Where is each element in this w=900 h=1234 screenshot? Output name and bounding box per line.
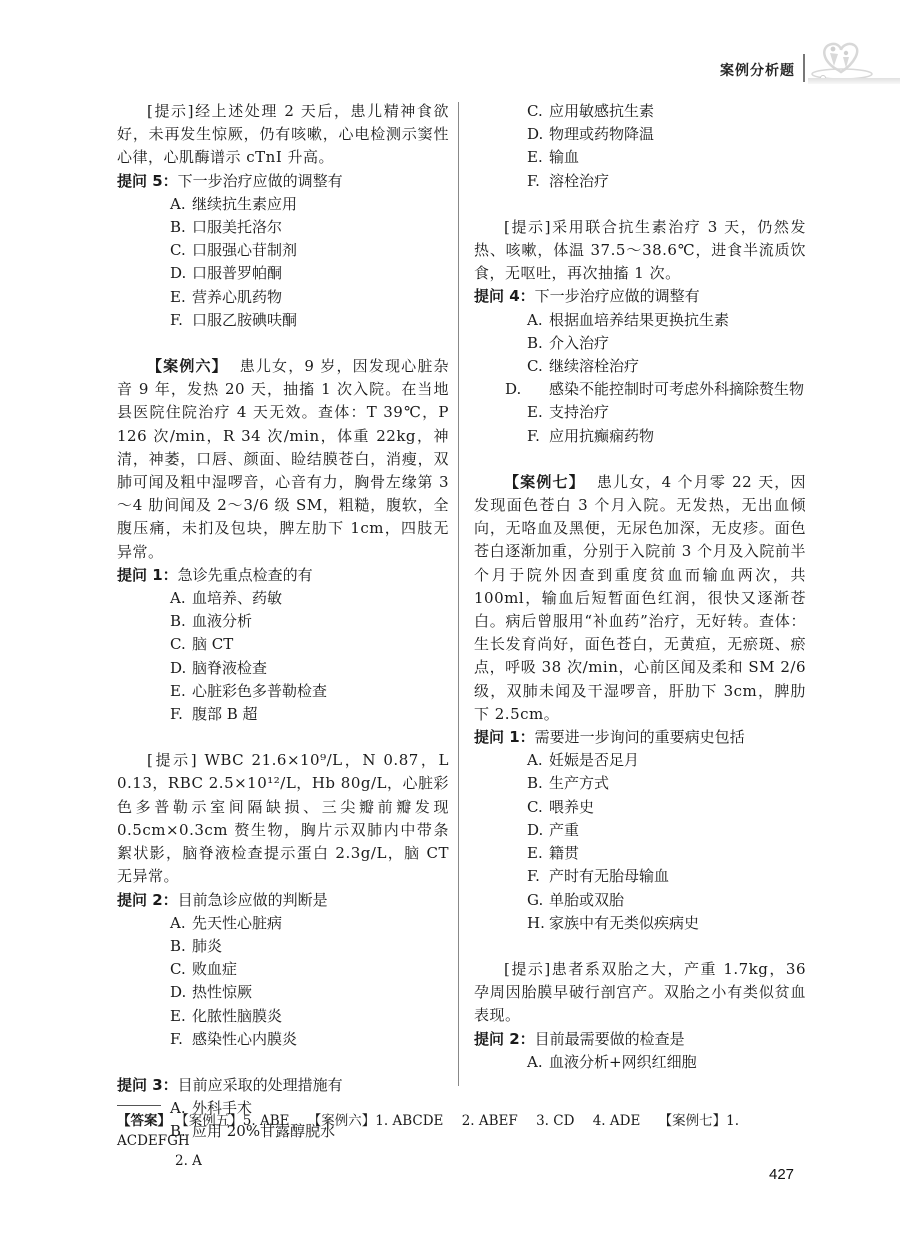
footnote-rule [117, 1105, 161, 1106]
option-text: 脑 CT [192, 635, 233, 653]
option-text: 热性惊厥 [192, 983, 252, 1001]
option-item: C.应用敏感抗生素 [474, 100, 806, 123]
option-item: C.喂养史 [474, 796, 806, 819]
option-letter: A. [170, 912, 192, 935]
option-text: 血液分析+网织红细胞 [549, 1053, 697, 1071]
question-text: 急诊先重点检查的有 [178, 566, 313, 584]
option-text: 介入治疗 [549, 334, 609, 352]
option-item: E.支持治疗 [474, 401, 806, 424]
column-divider [458, 102, 459, 1086]
option-item: F.口服乙胺碘呋酮 [117, 309, 449, 332]
option-text: 溶栓治疗 [549, 172, 609, 190]
option-letter: F. [527, 170, 549, 193]
option-item: F.感染性心内膜炎 [117, 1028, 449, 1051]
option-text: 口服美托洛尔 [192, 218, 282, 236]
option-text: 营养心肌药物 [192, 288, 282, 306]
option-letter: A. [527, 749, 549, 772]
option-text: 口服强心苷制剂 [192, 241, 297, 259]
header-divider [803, 54, 805, 82]
question-label: 提问 2： [117, 891, 178, 909]
option-letter: C. [170, 239, 192, 262]
option-letter: H. [527, 912, 549, 935]
option-letter: E. [527, 146, 549, 169]
option-item: E.营养心肌药物 [117, 286, 449, 309]
option-item: B.口服美托洛尔 [117, 216, 449, 239]
option-text: 腹部 B 超 [192, 705, 258, 723]
question-label: 提问 5： [117, 172, 178, 190]
option-text: 籍贯 [549, 844, 579, 862]
option-text: 妊娠是否足月 [549, 751, 639, 769]
answer-line-2: 2. A [117, 1151, 817, 1171]
question-text: 目前应采取的处理措施有 [178, 1076, 343, 1094]
option-text: 输血 [549, 148, 579, 166]
option-letter: F. [527, 425, 549, 448]
option-text: 产时有无胎母输血 [549, 867, 669, 885]
option-letter: B. [170, 610, 192, 633]
question-1: 提问 1：急诊先重点检查的有 [117, 564, 449, 587]
option-item: C.败血症 [117, 958, 449, 981]
header-rule [808, 78, 900, 84]
option-text: 应用敏感抗生素 [549, 102, 654, 120]
options-list: A.先天性心脏病 B.肺炎 C.败血症 D.热性惊厥 E.化脓性脑膜炎 F.感染… [117, 912, 449, 1051]
option-text: 继续溶栓治疗 [549, 357, 639, 375]
question-label: 提问 1： [474, 728, 535, 746]
option-letter: D. [527, 123, 549, 146]
option-letter: C. [527, 355, 549, 378]
option-text: 化脓性脑膜炎 [192, 1007, 282, 1025]
option-letter: F. [170, 1028, 192, 1051]
hint-paragraph: [提示]经上述处理 2 天后，患儿精神食欲好，未再发生惊厥，仍有咳嗽，心电检测示… [117, 100, 449, 170]
option-item: A.继续抗生素应用 [117, 193, 449, 216]
options-list: A.妊娠是否足月 B.生产方式 C.喂养史 D.产重 E.籍贯 F.产时有无胎母… [474, 749, 806, 935]
option-item: A.血培养、药敏 [117, 587, 449, 610]
option-text: 继续抗生素应用 [192, 195, 297, 213]
option-letter: F. [170, 703, 192, 726]
option-text: 脑脊液检查 [192, 659, 267, 677]
question-label: 提问 3： [117, 1076, 178, 1094]
option-item: C.脑 CT [117, 633, 449, 656]
option-letter: C. [170, 958, 192, 981]
option-item: G.单胎或双胎 [474, 889, 806, 912]
option-item: B.介入治疗 [474, 332, 806, 355]
option-letter: A. [170, 193, 192, 216]
question-text: 下一步治疗应做的调整有 [535, 287, 700, 305]
option-text: 血液分析 [192, 612, 252, 630]
section-title: 案例分析题 [720, 60, 795, 80]
option-item: D.感染不能控制时可考虑外科摘除赘生物 [474, 378, 806, 401]
option-letter: B. [527, 332, 549, 355]
option-letter: F. [527, 865, 549, 888]
option-letter: B. [527, 772, 549, 795]
option-text: 喂养史 [549, 798, 594, 816]
option-letter: D. [170, 657, 192, 680]
left-column: [提示]经上述处理 2 天后，患儿精神食欲好，未再发生惊厥，仍有咳嗽，心电检测示… [117, 100, 449, 1144]
option-letter: E. [170, 1005, 192, 1028]
option-text: 先天性心脏病 [192, 914, 282, 932]
option-item: F.应用抗癫痫药物 [474, 425, 806, 448]
answer-line-1: 【答案】 【案例五】5. ABE 【案例六】1. ABCDE 2. ABEF 3… [117, 1111, 817, 1151]
option-text: 物理或药物降温 [549, 125, 654, 143]
options-list: A.血液分析+网织红细胞 [474, 1051, 806, 1074]
question-2: 提问 2：目前最需要做的检查是 [474, 1028, 806, 1051]
option-item: E.籍贯 [474, 842, 806, 865]
answer-item: 【案例六】1. ABCDE [308, 1113, 444, 1129]
option-letter: C. [527, 796, 549, 819]
question-4: 提问 4：下一步治疗应做的调整有 [474, 285, 806, 308]
option-item: D.脑脊液检查 [117, 657, 449, 680]
option-item: F.产时有无胎母输血 [474, 865, 806, 888]
option-letter: B. [170, 935, 192, 958]
case-title: 【案例六】 [147, 357, 228, 375]
option-item: F.溶栓治疗 [474, 170, 806, 193]
option-item: A.血液分析+网织红细胞 [474, 1051, 806, 1074]
question-label: 提问 4： [474, 287, 535, 305]
options-list: C.应用敏感抗生素 D.物理或药物降温 E.输血 F.溶栓治疗 [474, 100, 806, 193]
answer-item: 4. ADE [593, 1113, 641, 1129]
option-letter: E. [527, 842, 549, 865]
option-item: H.家族中有无类似疾病史 [474, 912, 806, 935]
option-text: 肺炎 [192, 937, 222, 955]
answer-item: 2. ABEF [462, 1113, 518, 1129]
option-text: 应用抗癫痫药物 [549, 427, 654, 445]
answer-item: 3. CD [536, 1113, 574, 1129]
option-item: C.口服强心苷制剂 [117, 239, 449, 262]
question-5: 提问 5：下一步治疗应做的调整有 [117, 170, 449, 193]
option-letter: G. [527, 889, 549, 912]
option-item: D.产重 [474, 819, 806, 842]
option-item: B.生产方式 [474, 772, 806, 795]
option-letter: A. [527, 1051, 549, 1074]
option-text: 产重 [549, 821, 579, 839]
page-number: 427 [769, 1166, 794, 1183]
option-item: E.心脏彩色多普勒检查 [117, 680, 449, 703]
option-text: 支持治疗 [549, 403, 609, 421]
answer-key: 【答案】 【案例五】5. ABE 【案例六】1. ABCDE 2. ABEF 3… [117, 1111, 817, 1171]
option-letter: C. [527, 100, 549, 123]
option-text: 根据血培养结果更换抗生素 [549, 311, 729, 329]
question-label: 提问 1： [117, 566, 178, 584]
answer-item: 【案例五】5. ABE [175, 1113, 289, 1129]
option-item: D.物理或药物降温 [474, 123, 806, 146]
option-text: 口服乙胺碘呋酮 [192, 311, 297, 329]
case-six-paragraph: 【案例六】 患儿女，9 岁，因发现心脏杂音 9 年，发热 20 天，抽搐 1 次… [117, 355, 449, 564]
option-letter: E. [170, 680, 192, 703]
case-title: 【案例七】 [504, 473, 585, 491]
option-letter: D. [170, 262, 192, 285]
option-letter: C. [170, 633, 192, 656]
option-item: D.口服普罗帕酮 [117, 262, 449, 285]
option-item: F.腹部 B 超 [117, 703, 449, 726]
option-item: D.热性惊厥 [117, 981, 449, 1004]
right-column: C.应用敏感抗生素 D.物理或药物降温 E.输血 F.溶栓治疗 [提示]采用联合… [474, 100, 806, 1074]
option-item: B.血液分析 [117, 610, 449, 633]
hint-paragraph: [提示]患者系双胎之大，产重 1.7kg，36 孕周因胎膜早破行剖宫产。双胎之小… [474, 958, 806, 1028]
answer-label: 【答案】 [117, 1113, 171, 1129]
option-item: E.输血 [474, 146, 806, 169]
hint-paragraph: [提示] WBC 21.6×10⁹/L，N 0.87，L 0.13，RBC 2.… [117, 749, 449, 888]
option-letter: D. [527, 378, 549, 401]
option-text: 家族中有无类似疾病史 [549, 914, 699, 932]
option-item: A.妊娠是否足月 [474, 749, 806, 772]
option-text: 血培养、药敏 [192, 589, 282, 607]
option-text: 败血症 [192, 960, 237, 978]
options-list: A.继续抗生素应用 B.口服美托洛尔 C.口服强心苷制剂 D.口服普罗帕酮 E.… [117, 193, 449, 332]
option-item: A.先天性心脏病 [117, 912, 449, 935]
page-header: 案例分析题 [0, 40, 900, 100]
question-1: 提问 1：需要进一步询问的重要病史包括 [474, 726, 806, 749]
option-letter: D. [527, 819, 549, 842]
option-item: C.继续溶栓治疗 [474, 355, 806, 378]
option-letter: A. [527, 309, 549, 332]
option-text: 单胎或双胎 [549, 891, 624, 909]
option-text: 口服普罗帕酮 [192, 264, 282, 282]
question-text: 下一步治疗应做的调整有 [178, 172, 343, 190]
case-body: 患儿女，4 个月零 22 天，因发现面色苍白 3 个月入院。无发热，无出血倾向，… [474, 473, 806, 723]
option-letter: A. [170, 587, 192, 610]
question-3: 提问 3：目前应采取的处理措施有 [117, 1074, 449, 1097]
hint-paragraph: [提示]采用联合抗生素治疗 3 天，仍然发热、咳嗽，体温 37.5～38.6℃，… [474, 216, 806, 286]
option-letter: E. [527, 401, 549, 424]
question-2: 提问 2：目前急诊应做的判断是 [117, 889, 449, 912]
option-item: B.肺炎 [117, 935, 449, 958]
question-text: 目前最需要做的检查是 [535, 1030, 685, 1048]
case-seven-paragraph: 【案例七】 患儿女，4 个月零 22 天，因发现面色苍白 3 个月入院。无发热，… [474, 471, 806, 726]
option-item: E.化脓性脑膜炎 [117, 1005, 449, 1028]
options-list: A.血培养、药敏 B.血液分析 C.脑 CT D.脑脊液检查 E.心脏彩色多普勒… [117, 587, 449, 726]
option-letter: B. [170, 216, 192, 239]
question-label: 提问 2： [474, 1030, 535, 1048]
question-text: 目前急诊应做的判断是 [178, 891, 328, 909]
option-text: 生产方式 [549, 774, 609, 792]
option-text: 心脏彩色多普勒检查 [192, 682, 327, 700]
option-letter: D. [170, 981, 192, 1004]
options-list: A.根据血培养结果更换抗生素 B.介入治疗 C.继续溶栓治疗 D.感染不能控制时… [474, 309, 806, 448]
option-letter: F. [170, 309, 192, 332]
option-item: A.根据血培养结果更换抗生素 [474, 309, 806, 332]
option-text: 感染性心内膜炎 [192, 1030, 297, 1048]
option-text: 感染不能控制时可考虑外科摘除赘生物 [549, 380, 804, 398]
question-text: 需要进一步询问的重要病史包括 [535, 728, 745, 746]
case-body: 患儿女，9 岁，因发现心脏杂音 9 年，发热 20 天，抽搐 1 次入院。在当地… [117, 357, 449, 561]
option-letter: E. [170, 286, 192, 309]
